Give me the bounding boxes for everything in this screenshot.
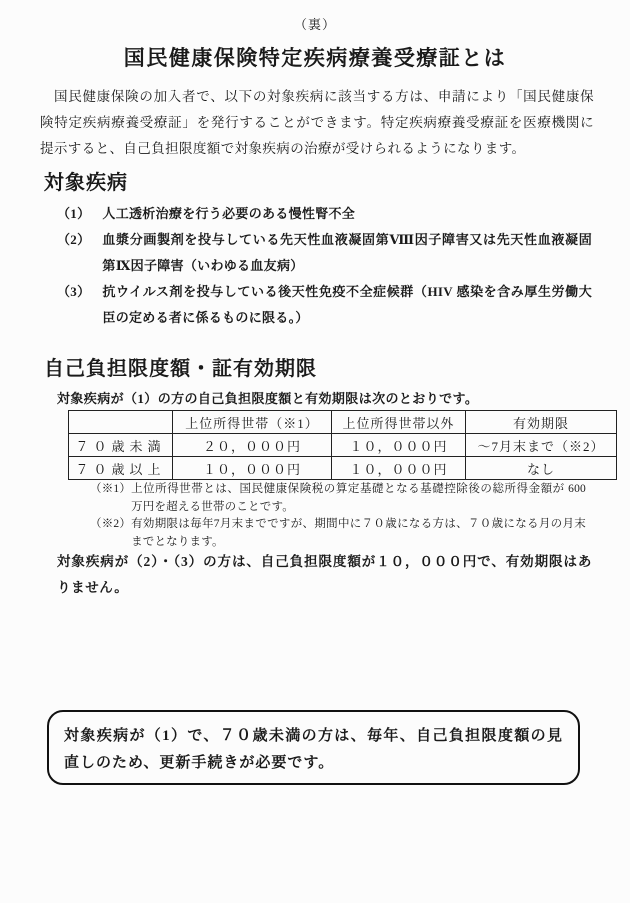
table-footnotes: （※1） 上位所得世帯とは、国民健康保険税の算定基礎となる基礎控除後の総所得金額… (90, 481, 586, 551)
table-cell-age-group: ７０歳以上 (69, 457, 173, 480)
footnote-text: 有効期限は毎年7月末までですが、期間中に７０歳になる方は、７０歳になる月の月末ま… (131, 516, 586, 551)
list-item-number: （2） (57, 227, 90, 253)
table-header-other-income: 上位所得世帯以外 (332, 411, 466, 434)
table-row: ７０歳未満 ２０，０００円 １０，０００円 ～7月末まで（※2） (69, 434, 617, 457)
table-cell-amount: １０，０００円 (173, 457, 332, 480)
section-heading-copay-limit: 自己負担限度額・証有効期限 (44, 352, 317, 381)
table-caption: 対象疾病が（1）の方の自己負担限度額と有効期限は次のとおりです。 (57, 388, 592, 407)
footnote: （※2） 有効期限は毎年7月末までですが、期間中に７０歳になる方は、７０歳になる… (90, 516, 586, 551)
document-page: （裏） 国民健康保険特定疾病療養受療証とは 国民健康保険の加入者で、以下の対象疾… (0, 0, 630, 903)
document-title: 国民健康保険特定疾病療養受療証とは (0, 42, 630, 72)
side-label: （裏） (0, 14, 630, 33)
table-header-empty (69, 411, 173, 434)
footnote-label: （※2） (90, 516, 131, 534)
list-item: （2） 血漿分画製剤を投与している先天性血液凝固第Ⅷ因子障害又は先天性血液凝固第… (57, 227, 592, 279)
table-cell-validity: ～7月末まで（※2） (466, 434, 617, 457)
table-header-row: 上位所得世帯（※1） 上位所得世帯以外 有効期限 (69, 411, 617, 434)
table-header-validity: 有効期限 (466, 411, 617, 434)
list-item: （1） 人工透析治療を行う必要のある慢性腎不全 (57, 201, 592, 227)
table-cell-amount: １０，０００円 (332, 457, 466, 480)
paragraph-diseases-2-3: 対象疾病が（2）・（3）の方は、自己負担限度額が１０，０００円で、有効期限はあり… (57, 549, 592, 601)
table-row: ７０歳以上 １０，０００円 １０，０００円 なし (69, 457, 617, 480)
list-item-text: 血漿分画製剤を投与している先天性血液凝固第Ⅷ因子障害又は先天性血液凝固第Ⅸ因子障… (102, 227, 592, 279)
renewal-notice-text: 対象疾病が（1）で、７０歳未満の方は、毎年、自己負担限度額の見直しのため、更新手… (49, 712, 578, 777)
footnote: （※1） 上位所得世帯とは、国民健康保険税の算定基礎となる基礎控除後の総所得金額… (90, 481, 586, 516)
copay-limit-table: 上位所得世帯（※1） 上位所得世帯以外 有効期限 ７０歳未満 ２０，０００円 １… (68, 410, 617, 480)
intro-paragraph: 国民健康保険の加入者で、以下の対象疾病に該当する方は、申請により「国民健康保険特… (40, 84, 594, 162)
list-item-text: 抗ウイルス剤を投与している後天性免疫不全症候群（HIV 感染を含み厚生労働大臣の… (102, 279, 592, 331)
section-heading-target-diseases: 対象疾病 (44, 166, 128, 195)
list-item: （3） 抗ウイルス剤を投与している後天性免疫不全症候群（HIV 感染を含み厚生労… (57, 279, 592, 331)
table-cell-amount: ２０，０００円 (173, 434, 332, 457)
footnote-text: 上位所得世帯とは、国民健康保険税の算定基礎となる基礎控除後の総所得金額が 600… (131, 481, 586, 516)
table-cell-amount: １０，０００円 (332, 434, 466, 457)
list-item-number: （1） (57, 201, 90, 227)
footnote-label: （※1） (90, 481, 131, 499)
renewal-notice-box: 対象疾病が（1）で、７０歳未満の方は、毎年、自己負担限度額の見直しのため、更新手… (47, 710, 580, 785)
list-item-text: 人工透析治療を行う必要のある慢性腎不全 (102, 201, 592, 227)
table-cell-age-group: ７０歳未満 (69, 434, 173, 457)
disease-list: （1） 人工透析治療を行う必要のある慢性腎不全 （2） 血漿分画製剤を投与してい… (57, 201, 592, 331)
list-item-number: （3） (57, 279, 90, 305)
table-cell-validity: なし (466, 457, 617, 480)
table-header-high-income: 上位所得世帯（※1） (173, 411, 332, 434)
